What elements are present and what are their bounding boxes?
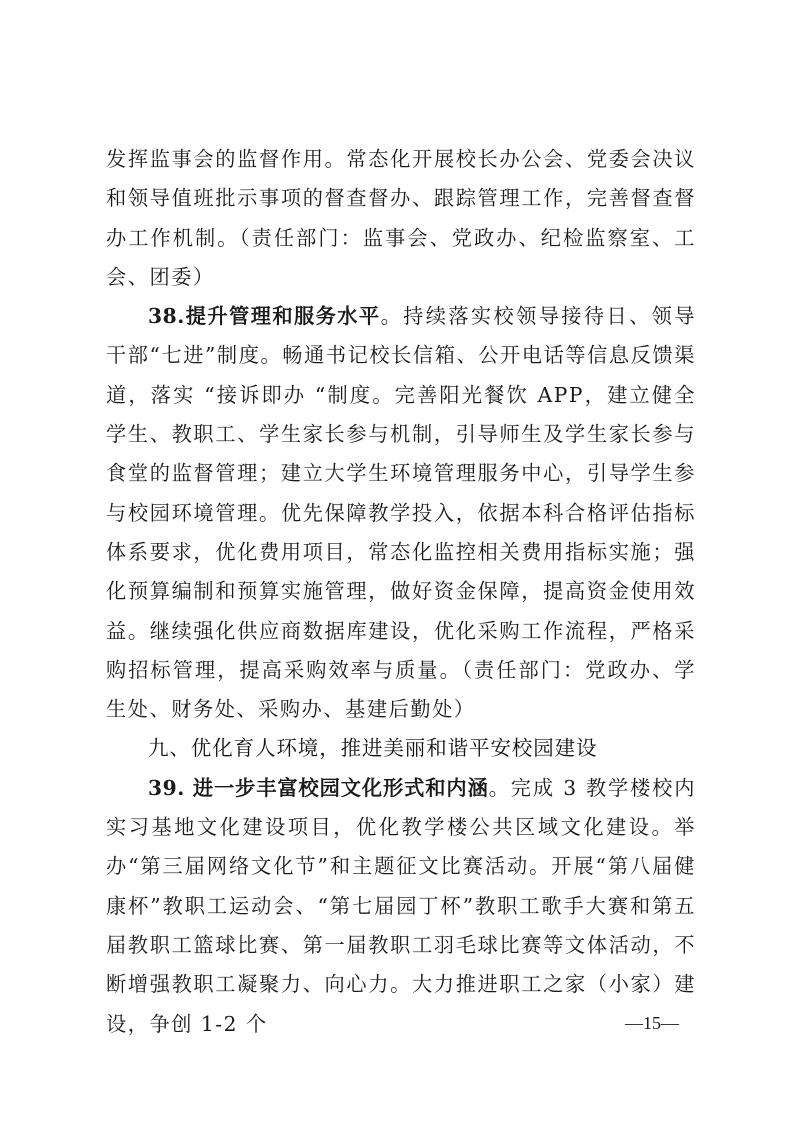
item-38-title: 38.提升管理和服务水平 <box>148 304 381 328</box>
paragraph-item-38: 38.提升管理和服务水平。持续落实校领导接待日、领导干部“七进”制度。畅通书记校… <box>106 297 696 729</box>
paragraph-item-39: 39. 进一步丰富校园文化形式和内涵。完成 3 教学楼校内实习基地文化建设项目，… <box>106 769 696 1044</box>
item-38-body: 。持续落实校领导接待日、领导干部“七进”制度。畅通书记校长信箱、公开电话等信息反… <box>106 304 696 721</box>
section-heading-9: 九、优化育人环境，推进美丽和谐平安校园建设 <box>106 729 696 768</box>
paragraph-text: 发挥监事会的监督作用。常态化开展校长办公会、党委会决议和领导值班批示事项的督查督… <box>106 147 696 289</box>
page-number: —15— <box>625 1013 679 1034</box>
document-page: 发挥监事会的监督作用。常态化开展校长办公会、党委会决议和领导值班批示事项的督查督… <box>106 140 696 1044</box>
item-39-body: 。完成 3 教学楼校内实习基地文化建设项目，优化教学楼公共区域文化建设。举办“第… <box>106 776 696 1036</box>
item-39-title: 39. 进一步丰富校园文化形式和内涵 <box>148 776 489 800</box>
paragraph-continuation: 发挥监事会的监督作用。常态化开展校长办公会、党委会决议和领导值班批示事项的督查督… <box>106 140 696 297</box>
